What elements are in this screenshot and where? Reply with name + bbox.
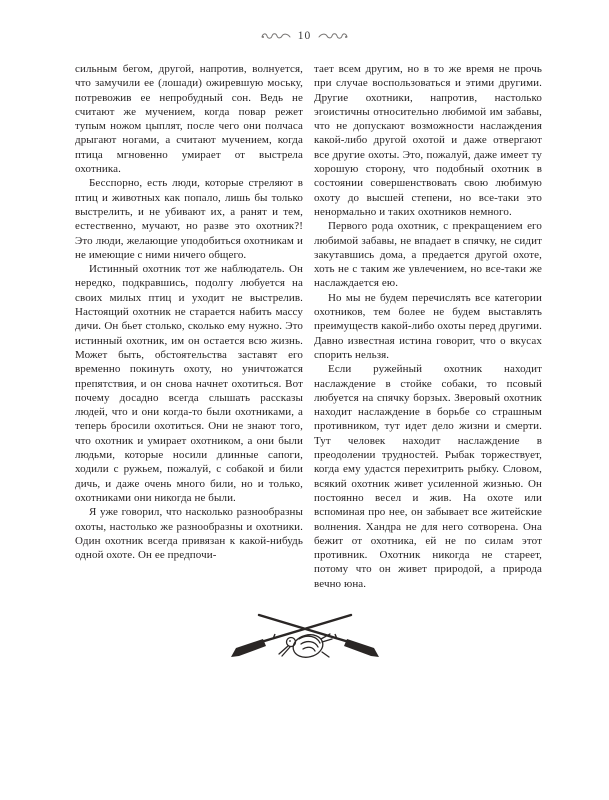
paragraph: Я уже говорил, что насколько разнообразн…: [75, 505, 303, 562]
left-column: сильным бегом, другой, напротив, волнует…: [75, 62, 303, 591]
crossed-rifles-with-bird-icon: [229, 608, 381, 670]
header-ornament-left-icon: [261, 31, 291, 41]
page-header: 10: [0, 30, 609, 42]
footer-illustration: [229, 608, 381, 675]
text-columns: сильным бегом, другой, напротив, волнует…: [75, 62, 542, 591]
paragraph: Первого рода охотник, с прекращением его…: [314, 219, 542, 290]
paragraph: Бесспорно, есть люди, которые стреляют в…: [75, 176, 303, 262]
header-ornament-right-icon: [318, 31, 348, 41]
paragraph: тает всем другим, но в то же время не пр…: [314, 62, 542, 219]
paragraph: сильным бегом, другой, напротив, волнует…: [75, 62, 303, 176]
paragraph: Истинный охотник тот же наблюдатель. Он …: [75, 262, 303, 505]
paragraph: Но мы не будем перечислять все категории…: [314, 291, 542, 362]
right-column: тает всем другим, но в то же время не пр…: [314, 62, 542, 591]
page-number: 10: [298, 30, 312, 42]
paragraph: Если ружейный охотник находит наслаждени…: [314, 362, 542, 591]
